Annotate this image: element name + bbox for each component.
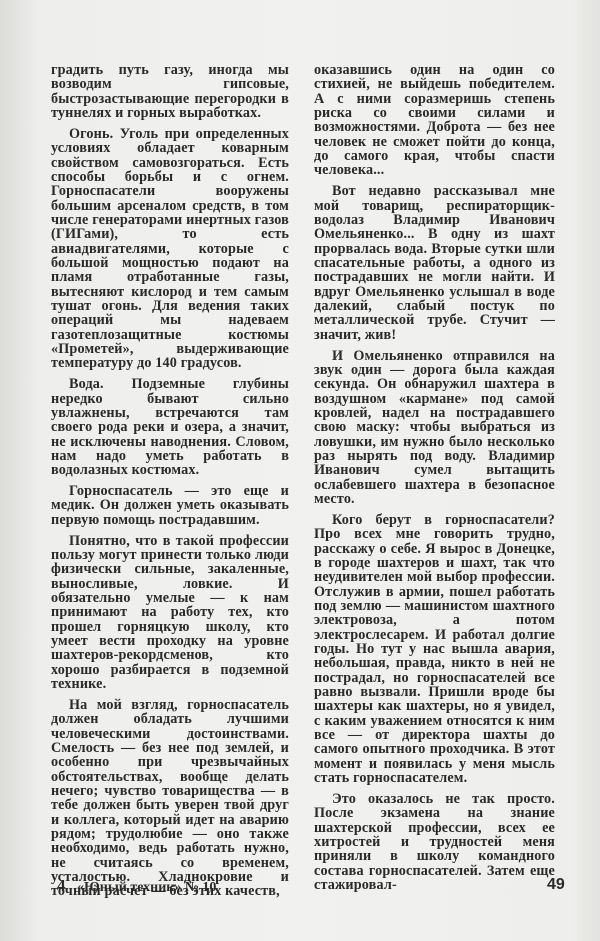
paragraph: Кого берут в горноспасатели? Про всех мн…: [314, 513, 555, 786]
page-number: 49: [547, 876, 565, 894]
left-text-column: градить путь газу, иногда мы возводим ги…: [51, 63, 289, 905]
paragraph: И Омельяненко отправился на звук один — …: [314, 349, 555, 507]
paragraph: Вот недавно рассказывал мне мой товарищ,…: [314, 184, 555, 342]
paragraph: оказавшись один на один со стихией, не в…: [314, 63, 555, 178]
paragraph: Понятно, что в такой профессии пользу мо…: [51, 534, 289, 692]
right-text-column: оказавшись один на один со стихией, не в…: [314, 63, 555, 899]
paragraph: Горноспасатель — это еще и медик. Он дол…: [51, 484, 289, 527]
paragraph: Вода. Подземные глубины нередко бывают с…: [51, 377, 289, 477]
magazine-page: градить путь газу, иногда мы возводим ги…: [0, 0, 600, 941]
paragraph: Это оказалось не так просто. После экзам…: [314, 792, 555, 892]
paragraph: градить путь газу, иногда мы возводим ги…: [51, 63, 289, 120]
paragraph: На мой взгляд, горноспасатель должен обл…: [51, 698, 289, 899]
issue-number: 4: [57, 876, 66, 895]
magazine-title: «Юный техник» № 10: [77, 880, 216, 895]
footer-issue-info: 4 «Юный техник» № 10: [57, 876, 216, 896]
paragraph: Огонь. Уголь при определенных условиях о…: [51, 127, 289, 371]
